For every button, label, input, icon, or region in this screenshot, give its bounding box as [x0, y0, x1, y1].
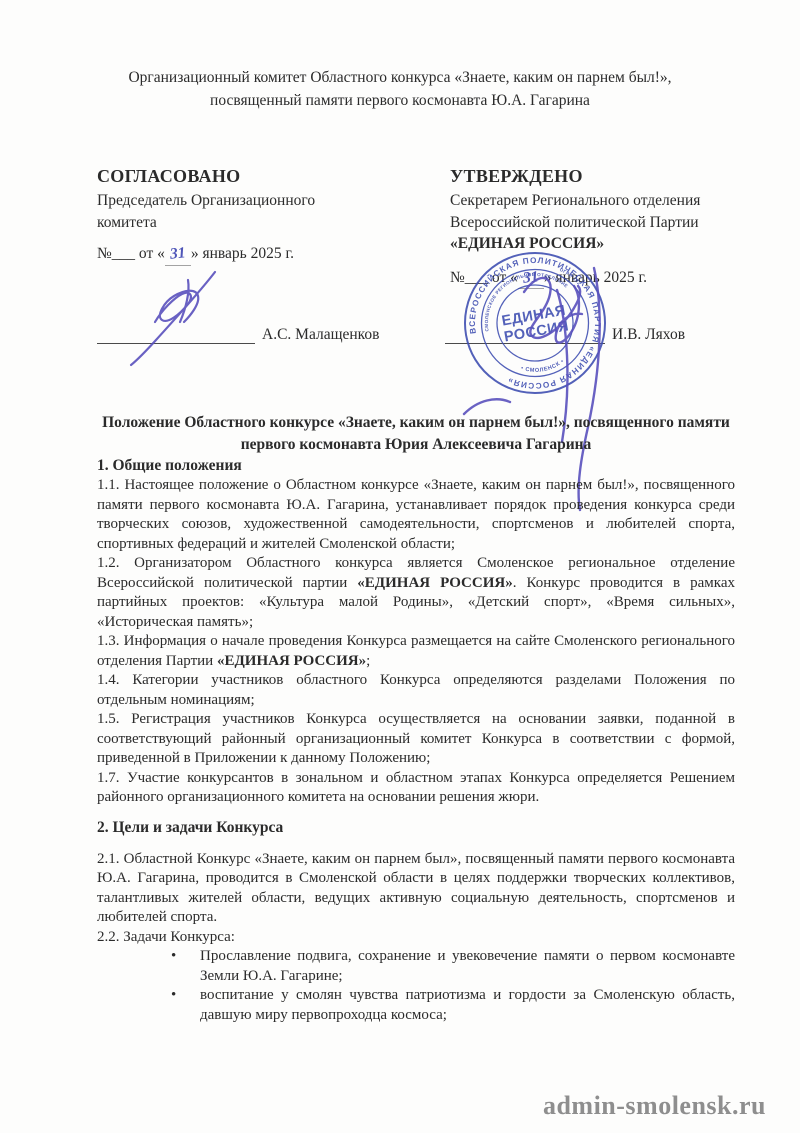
soglasovano-title: СОГЛАСОВАНО	[97, 165, 377, 187]
header-line-1: Организационный комитет Областного конку…	[0, 66, 800, 89]
stamp-inner-ring	[491, 279, 579, 367]
utverzhdeno-subtitle-1: Секретарем Регионального отделения	[450, 190, 755, 212]
section-1-heading: 1. Общие положения	[97, 456, 735, 476]
paragraph-1-3: 1.3. Информация о начале проведения Конк…	[97, 632, 735, 671]
utverzhdeno-number-line: №___ от «31» январь 2025 г.	[450, 267, 755, 290]
signer-name-left: А.С. Малащенков	[262, 326, 380, 343]
utverzhdeno-title: УТВЕРЖДЕНО	[450, 165, 755, 187]
signature-stroke	[180, 280, 189, 322]
signature-stroke	[131, 272, 215, 365]
signature-block-left: А.С. Малащенков	[97, 326, 380, 344]
soglasovano-number-line: №___ от «31» январь 2025 г.	[97, 243, 377, 266]
signature-line	[97, 328, 255, 344]
tasks-list: Прославление подвига, сохранение и увеко…	[97, 947, 735, 1025]
task-item: воспитание у смолян чувства патриотизма …	[97, 986, 735, 1025]
scanned-document-page: Организационный комитет Областного конку…	[0, 0, 800, 1133]
handwritten-date-blank: 31	[165, 243, 191, 266]
approval-block-soglasovano: СОГЛАСОВАНО Председатель Организационног…	[97, 165, 377, 266]
section-2-heading: 2. Цели и задачи Конкурса	[97, 818, 735, 838]
signer-name-right: И.В. Ляхов	[612, 326, 685, 343]
handwritten-date: 31	[522, 266, 540, 289]
site-watermark: admin-smolensk.ru	[543, 1091, 766, 1121]
svg-text:• СМОЛЕНСК •: • СМОЛЕНСК •	[519, 358, 567, 377]
paragraph-2-2: 2.2. Задачи Конкурса:	[97, 928, 735, 948]
document-title: Положение Областного конкурсе «Знаете, к…	[97, 412, 735, 456]
utverzhdeno-subtitle-2: Всероссийской политической Партии	[450, 212, 755, 234]
signature-stroke	[155, 291, 198, 322]
document-body: Положение Областного конкурсе «Знаете, к…	[97, 412, 735, 1025]
approval-block-utverzhdeno: УТВЕРЖДЕНО Секретарем Регионального отде…	[450, 165, 755, 289]
handwritten-date-blank: 31	[518, 267, 544, 290]
signature-block-right: И.В. Ляхов	[445, 326, 685, 344]
utverzhdeno-subtitle-3: «ЕДИНАЯ РОССИЯ»	[450, 233, 755, 255]
handwritten-date: 31	[169, 242, 187, 265]
paragraph-1-7: 1.7. Участие конкурсантов в зональном и …	[97, 769, 735, 808]
document-header: Организационный комитет Областного конку…	[0, 66, 800, 112]
number-suffix: » январь 2025 г.	[544, 269, 647, 286]
stamp-inner-bottom-text: • СМОЛЕНСК •	[519, 358, 567, 377]
number-suffix: » январь 2025 г.	[191, 245, 294, 262]
paragraph-2-1: 2.1. Областной Конкурс «Знаете, каким он…	[97, 850, 735, 928]
signature-ink-left	[100, 262, 250, 367]
paragraph-1-1: 1.1. Настоящее положение о Областном кон…	[97, 476, 735, 554]
header-line-2: посвященный памяти первого космонавта Ю.…	[0, 89, 800, 112]
paragraph-1-4: 1.4. Категории участников областного Кон…	[97, 671, 735, 710]
number-prefix: №___ от «	[450, 269, 518, 286]
paragraph-1-5: 1.5. Регистрация участников Конкурса осу…	[97, 710, 735, 769]
soglasovano-subtitle: Председатель Организационного комитета	[97, 190, 377, 233]
number-prefix: №___ от «	[97, 245, 165, 262]
paragraph-1-2: 1.2. Организатором Областного конкурса я…	[97, 554, 735, 632]
signature-line	[445, 328, 605, 344]
task-item: Прославление подвига, сохранение и увеко…	[97, 947, 735, 986]
